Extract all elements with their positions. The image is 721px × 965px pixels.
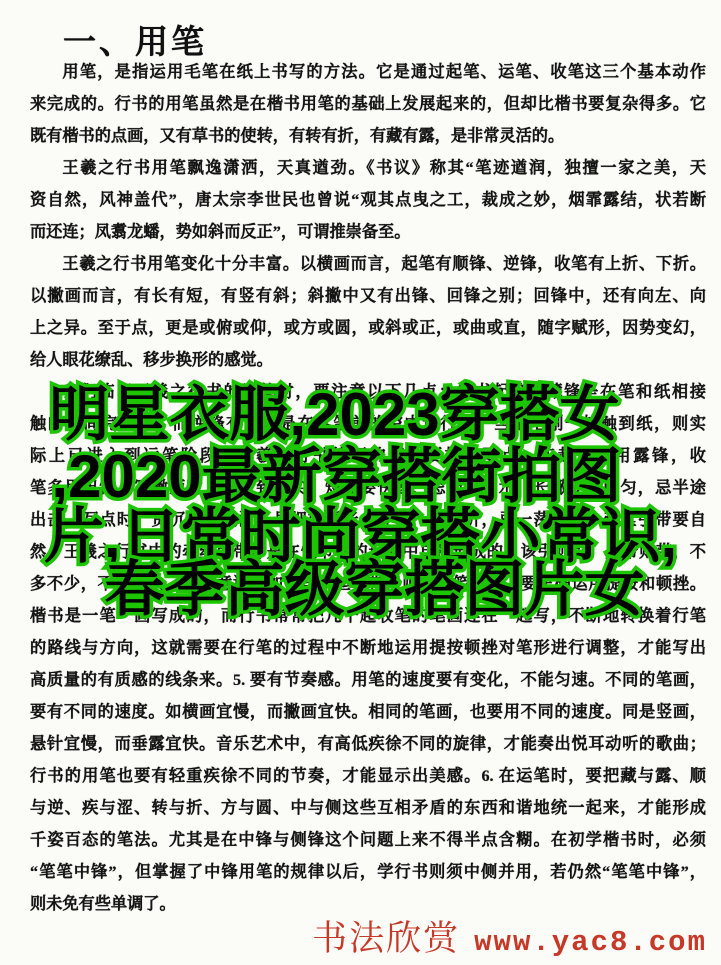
text-line: 给人眼花缭乱、移步换形的感觉。 bbox=[30, 344, 706, 376]
text-line: 既有楷书的点画，又有草书的使转，有转有折，有藏有露，是非常灵活的。 bbox=[30, 120, 706, 152]
text-line: 上之异。至于点，更是或俯或仰，或方或圆，或斜或正，或曲或直，随字赋形，因势变幻， bbox=[30, 312, 706, 344]
text-line: 与逆、疾与涩、转与折、方与圆、中与侧这些互相矛盾的东西和谐地统一起来，才能形成 bbox=[30, 792, 706, 824]
text-line: 悬针宜慢，而垂露宜快。音乐艺术中，有高低疾徐不同的旋律，才能奏出悦耳动听的歌曲； bbox=[30, 728, 706, 760]
text-line: 我们临习王羲之行书的用笔时，要注意以下几点：行书起笔的藏锋是在笔和纸相接 bbox=[30, 376, 706, 408]
text-line: 际上已进入到运笔阶段。王羲之行书笔画的写法要把住要点，如起笔多用露锋，收 bbox=[30, 440, 706, 472]
document-page: 一、用笔 用笔，是指运用毛笔在纸上书写的方法。它是通过起笔、运笔、收笔这三个基本… bbox=[0, 0, 721, 965]
document-body: 用笔，是指运用毛笔在纸上书写的方法。它是通过起笔、运笔、收笔这三个基本动作 来完… bbox=[30, 56, 706, 920]
text-line: 王羲之行书用笔飘逸潇洒，天真遒劲。《书议》称其“笔迹遒润，独擅一家之美，天 bbox=[30, 152, 706, 184]
text-line: 行书的用笔也要有轻重疾徐不同的节奏，才能显示出美感。6. 在运笔时，要把藏与露、… bbox=[30, 760, 706, 792]
text-line: 楷书是一笔一画写成的，而行书常常把几个起收笔的笔画连在一起写，不断地转换着行笔 bbox=[30, 600, 706, 632]
text-line: 王羲之行书用笔变化十分丰富。以横画而言，起笔有顺锋、逆锋，收笔有上折、下折。 bbox=[30, 248, 706, 280]
site-url: www.yac8.com bbox=[474, 926, 707, 959]
text-line: 多不少，不温不火，若有意识地加一些牵丝引带，则会贻笑大方。要正确运用提按和顿挫。 bbox=[30, 568, 706, 600]
text-line: 用笔，是指运用毛笔在纸上书写的方法。它是通过起笔、运笔、收笔这三个基本动作 bbox=[30, 56, 706, 88]
text-line: “笔笔中锋”，但掌握了中锋用笔的规律以后，学行书则须中侧并用，若仍然“笔笔中锋”… bbox=[30, 856, 706, 888]
text-line: 资自然，风神盖代”，唐太宗李世民也曾说“观其点曳之工，裁成之妙，烟霏露结，状若断 bbox=[30, 184, 706, 216]
text-line: 笔多用出锋。写撇画时，要力到笔尖，短撇要快速，忌拖泥带水；长撇要慢而匀，忌半途 bbox=[30, 472, 706, 504]
text-line: 来完成的。行书的用笔虽然是在楷书用笔的基础上发展起来的，但却比楷书要复杂得多。它 bbox=[30, 88, 706, 120]
site-footer: 书法欣赏 www.yac8.com bbox=[312, 911, 707, 961]
text-line: 千姿百态的笔法。尤其是在中锋与侧锋这个问题上来不得半点含糊。在初学楷书时，必须 bbox=[30, 824, 706, 856]
text-line: 以撇画而言，有长有短，有竖有斜；斜撇中又有出锋、回锋之别；回锋中，还有向左、向 bbox=[30, 280, 706, 312]
text-line: 触的瞬间完成的，而逆锋有时则是在落笔前的空中进行的，当毛笔刚一接触到纸，则实 bbox=[30, 408, 706, 440]
site-name: 书法欣赏 bbox=[312, 911, 460, 961]
text-line: 而还连；凤翥龙蟠，势如斜而反正”，可谓推崇备至。 bbox=[30, 216, 706, 248]
text-line: 出击，写点时，贵沉着而灵活，虽细如粟米，亦须一波三折，忌一荡直下，牵丝引带要自 bbox=[30, 504, 706, 536]
text-line: 高质量的有质感的线条来。5. 要有节奏感。用笔的速度要有变化，不能匀速。不同的笔… bbox=[30, 664, 706, 696]
text-line: 要有不同的速度。如横画宜慢，而撇画宜快。相同的笔画，也要用不同的速度。同是竖画， bbox=[30, 696, 706, 728]
text-line: 然。王羲之行书中的牵丝引带都是在快节奏的运笔中自然形成的，该引则引，应带则带，不 bbox=[30, 536, 706, 568]
text-line: 的路线与方向，这就需要在行笔的过程中不断地运用提按顿挫对笔形进行调整，才能写出 bbox=[30, 632, 706, 664]
